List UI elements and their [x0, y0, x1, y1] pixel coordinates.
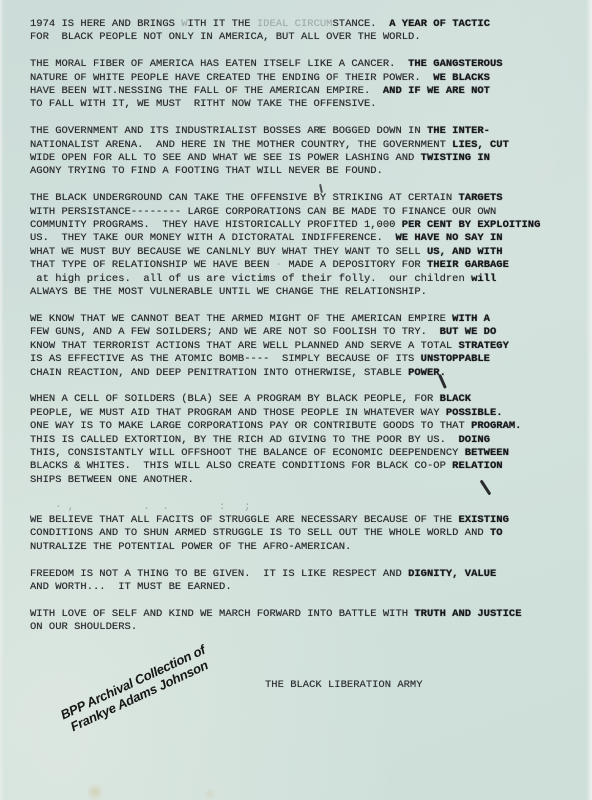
text-line: THE BLACK UNDERGROUND CAN TAKE THE OFFEN…	[30, 192, 570, 205]
dark-ink-text: PER CENT BY EXPLOITING	[402, 219, 541, 231]
dark-ink-text: RELATION	[452, 460, 502, 472]
text-line: ALWAYS BE THE MOST VULNERABLE UNTIL WE C…	[30, 286, 570, 299]
dark-ink-text: TARGETS	[458, 192, 502, 204]
signature-line: THE BLACK LIBERATION ARMY	[265, 679, 570, 692]
dark-ink-text: will	[471, 273, 496, 285]
text-line: FREEDOM IS NOT A THING TO BE GIVEN. IT I…	[30, 568, 570, 581]
paragraph: WE KNOW THAT WE CANNOT BEAT THE ARMED MI…	[30, 313, 570, 380]
dark-ink-text: US, AND WITH	[427, 246, 503, 258]
dark-ink-text: THEIR GARBAGE	[427, 259, 509, 271]
text-line: US. THEY TAKE OUR MONEY WITH A DICTORATA…	[30, 232, 570, 245]
text-line: IS AS EFFECTIVE AS THE ATOMIC BOMB---- S…	[30, 353, 570, 366]
text-line: WE KNOW THAT WE CANNOT BEAT THE ARMED MI…	[30, 313, 570, 326]
text-line: WE BELIEVE THAT ALL FACITS OF STRUGGLE A…	[30, 514, 570, 527]
dark-ink-text: A YEAR OF TACTIC	[389, 18, 490, 30]
text-line: FEW GUNS, AND A FEW SOILDERS; AND WE ARE…	[30, 326, 570, 339]
dark-ink-text: POSSIBLE.	[446, 407, 503, 419]
text-line: NUTRALIZE THE POTENTIAL POWER OF THE AFR…	[30, 541, 570, 554]
text-line: THAT TYPE OF RELATIONSHIP WE HAVE BEEN -…	[30, 259, 570, 272]
dark-ink-text: THE GANGSTEROUS	[408, 58, 503, 70]
text-line: AGONY TRYING TO FIND A FOOTING THAT WILL…	[30, 165, 570, 178]
paragraph: THE BLACK UNDERGROUND CAN TAKE THE OFFEN…	[30, 192, 570, 299]
text-line: COMMUNITY PROGRAMS. THEY HAVE HISTORICAL…	[30, 219, 570, 232]
text-line: CHAIN REACTION, AND DEEP PENITRATION INT…	[30, 367, 570, 380]
text-line: NATURE OF WHITE PEOPLE HAVE CREATED THE …	[30, 72, 570, 85]
text-line: HAVE BEEN WIT.NESSING THE FALL OF THE AM…	[30, 85, 570, 98]
dark-ink-text: STRATEGY	[458, 340, 508, 352]
text-line: THE MORAL FIBER OF AMERICA HAS EATEN ITS…	[30, 58, 570, 71]
dark-ink-text: UNSTOPPABLE	[421, 353, 490, 365]
dark-ink-text: BUT WE DO	[440, 326, 497, 338]
paragraph: THE MORAL FIBER OF AMERICA HAS EATEN ITS…	[30, 58, 570, 112]
text-line: KNOW THAT TERRORIST ACTIONS THAT ARE WEL…	[30, 340, 570, 353]
dark-ink-text: LIES, CUT	[452, 139, 509, 151]
scan-edge-left	[0, 0, 4, 800]
text-line: SHIPS BETWEEN ONE ANOTHER.	[30, 474, 570, 487]
dark-ink-text: BLACK	[440, 393, 472, 405]
text-line: WIDE OPEN FOR ALL TO SEE AND WHAT WE SEE…	[30, 152, 570, 165]
text-line: WITH PERSISTANCE-------- LARGE CORPORATI…	[30, 206, 570, 219]
text-line: THIS, CONSISTANTLY WILL OFFSHOOT THE BAL…	[30, 447, 570, 460]
faded-ink-text: IDEAL CIRCUM	[257, 18, 333, 30]
scan-edge-right	[586, 0, 592, 800]
text-line: ONE WAY IS TO MAKE LARGE CORPORATIONS PA…	[30, 420, 570, 433]
dark-ink-text: TRUTH AND JUSTICE	[414, 608, 521, 620]
dark-ink-text: TWISTING IN	[421, 152, 490, 164]
faded-ink-text: W	[181, 18, 187, 30]
dark-ink-text: WITH A	[452, 313, 490, 325]
dark-ink-text: EXISTING	[458, 514, 508, 526]
text-line: PEOPLE, WE MUST AID THAT PROGRAM AND THO…	[30, 407, 570, 420]
text-line: WITH LOVE OF SELF AND KIND WE MARCH FORW…	[30, 608, 570, 621]
paragraph: 1974 IS HERE AND BRINGS WITH IT THE IDEA…	[30, 18, 570, 45]
text-line: · , . . : ;	[30, 501, 570, 514]
paragraphs: 1974 IS HERE AND BRINGS WITH IT THE IDEA…	[30, 18, 570, 635]
text-line: ON OUR SHOULDERS.	[30, 621, 570, 634]
faded-ink-text: -	[276, 259, 282, 271]
text-line: TO FALL WITH IT, WE MUST RITHT NOW TAKE …	[30, 98, 570, 111]
text-line: BLACKS & WHITES. THIS WILL ALSO CREATE C…	[30, 460, 570, 473]
dark-ink-text: THE INTER-	[427, 125, 490, 137]
text-line: WHEN A CELL OF SOILDERS (BLA) SEE A PROG…	[30, 393, 570, 406]
dark-ink-text: PROGRAM.	[471, 420, 521, 432]
text-line: AND WORTH... IT MUST BE EARNED.	[30, 581, 570, 594]
text-line: FOR BLACK PEOPLE NOT ONLY IN AMERICA, BU…	[30, 31, 570, 44]
paragraph: WITH LOVE OF SELF AND KIND WE MARCH FORW…	[30, 608, 570, 635]
typewriter-artifact-line: · , . . : ;	[30, 501, 570, 514]
paragraph: WHEN A CELL OF SOILDERS (BLA) SEE A PROG…	[30, 393, 570, 487]
dark-ink-text: WE HAVE NO SAY IN	[395, 232, 502, 244]
dark-ink-text: BETWEEN	[465, 447, 509, 459]
text-line: THE GOVERNMENT AND ITS INDUSTRIALIST BOS…	[30, 125, 570, 138]
scanned-document-page: 1974 IS HERE AND BRINGS WITH IT THE IDEA…	[0, 0, 592, 800]
document-body: 1974 IS HERE AND BRINGS WITH IT THE IDEA…	[30, 0, 570, 692]
dark-ink-text: DOING	[458, 434, 490, 446]
dark-ink-text: TO	[490, 527, 503, 539]
text-line: at high prices. all of us are victims of…	[30, 273, 570, 286]
text-line: NATIONALIST ARENA. AND HERE IN THE MOTHE…	[30, 139, 570, 152]
dark-ink-text: DIGNITY, VALUE	[408, 568, 496, 580]
text-line: CONDITIONS AND TO SHUN ARMED STRUGGLE IS…	[30, 527, 570, 540]
dark-ink-text: WE BLACKS	[433, 72, 490, 84]
text-line: WHAT WE MUST BUY BECAUSE WE CANLNLY BUY …	[30, 246, 570, 259]
dark-ink-text: AND IF WE ARE NOT	[383, 85, 490, 97]
text-line: 1974 IS HERE AND BRINGS WITH IT THE IDEA…	[30, 18, 570, 31]
paragraph: THE GOVERNMENT AND ITS INDUSTRIALIST BOS…	[30, 125, 570, 179]
text-line: THIS IS CALLED EXTORTION, BY THE RICH AD…	[30, 434, 570, 447]
paragraph: FREEDOM IS NOT A THING TO BE GIVEN. IT I…	[30, 568, 570, 595]
paragraph: WE BELIEVE THAT ALL FACITS OF STRUGGLE A…	[30, 514, 570, 554]
